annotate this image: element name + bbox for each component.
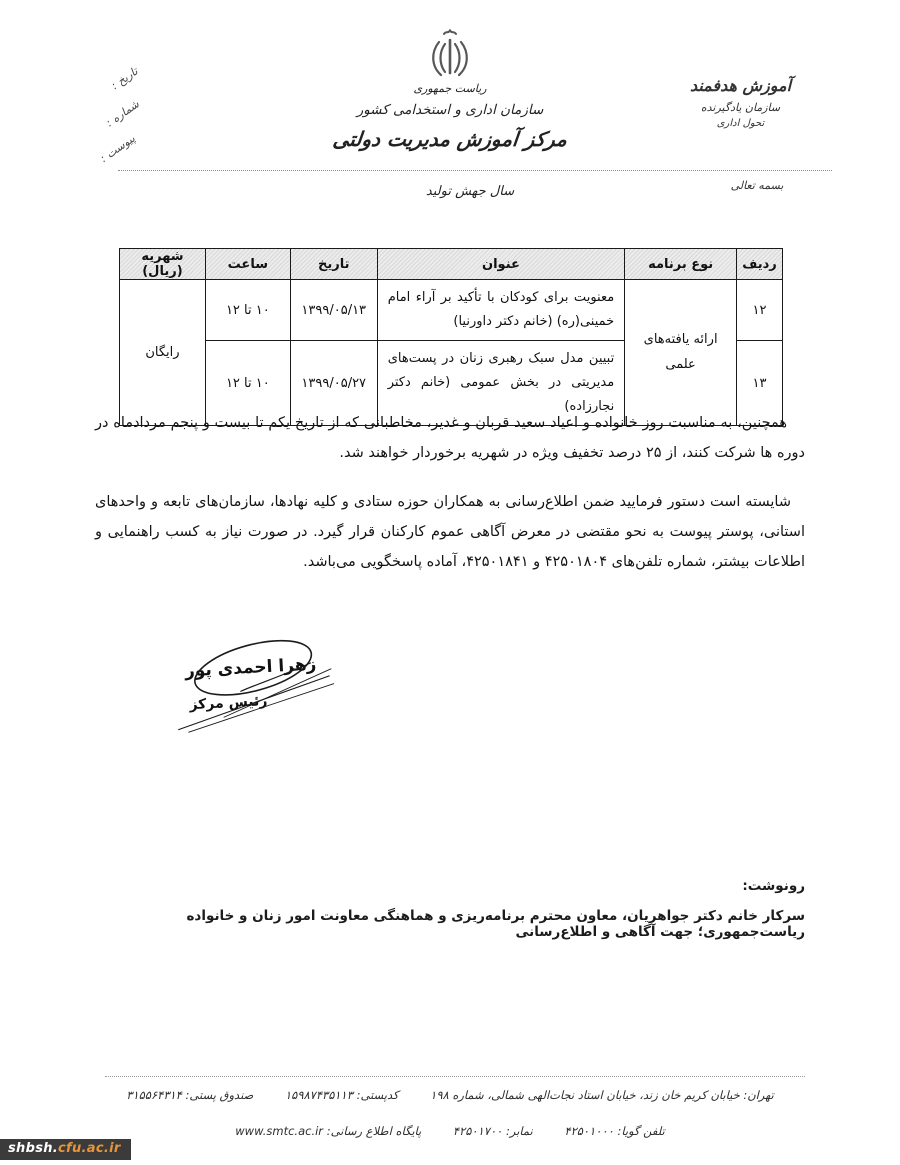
- footer-po-box: صندوق پستی: ۳۱۵۵۶۴۳۱۴: [126, 1088, 253, 1102]
- letter-page: تاریخ : شماره : پیوست : ریاست جمهوری ساز…: [0, 0, 900, 1165]
- cc-recipient-line: سرکار خانم دکتر جواهریان، معاون محترم بر…: [95, 908, 805, 940]
- number-label: شماره :: [104, 98, 142, 130]
- iran-national-emblem-icon: [427, 27, 473, 79]
- signature-stamp: زهرا احمدی پور رئیس مرکز: [160, 631, 340, 738]
- body-paragraph-discount: همچنین، به مناسبت روز خانواده و اعیاد سع…: [95, 408, 805, 468]
- site-watermark: shbsh.cfu.ac.ir: [0, 1139, 131, 1160]
- year-slogan: سال جهش تولید: [380, 184, 560, 199]
- body-paragraph-instructions: شایسته است دستور فرمایید ضمن اطلاع‌رسانی…: [95, 487, 805, 577]
- motto-line1: آموزش هدفمند: [653, 76, 828, 95]
- letterhead-line2: سازمان اداری و استخدامی کشور: [330, 102, 570, 118]
- motto-line3: تحول اداری: [653, 118, 828, 129]
- tuition-cell: رایگان: [120, 280, 206, 426]
- date-label: تاریخ :: [109, 65, 140, 92]
- col-header-time: ساعت: [205, 249, 290, 280]
- footer-divider: [105, 1076, 805, 1077]
- col-header-date: تاریخ: [290, 249, 377, 280]
- footer-fax: نمابر: ۴۲۵۰۱۷۰۰: [453, 1124, 533, 1138]
- col-header-radif: ردیف: [737, 249, 783, 280]
- corner-reference-labels: تاریخ : شماره : پیوست :: [92, 60, 202, 170]
- motto-line2: سازمان یادگیرنده: [653, 101, 828, 114]
- watermark-prefix: shbsh.: [8, 1141, 58, 1156]
- footer-contact-line: تلفن گویا: ۴۲۵۰۱۰۰۰ نمابر: ۴۲۵۰۱۷۰۰ پایگ…: [80, 1124, 820, 1138]
- header-divider: [118, 170, 832, 171]
- col-header-tuition: شهریه (ریال): [120, 249, 206, 280]
- row1-time: ۱۰ تا ۱۲: [205, 280, 290, 341]
- letterhead-center: ریاست جمهوری سازمان اداری و استخدامی کشو…: [330, 82, 570, 151]
- footer-phone: تلفن گویا: ۴۲۵۰۱۰۰۰: [564, 1124, 664, 1138]
- footer-address-line: تهران: خیابان کریم خان زند، خیابان استاد…: [80, 1088, 820, 1102]
- col-header-type: نوع برنامه: [625, 249, 737, 280]
- handwritten-signature-icon: [160, 631, 340, 738]
- attachment-label: پیوست :: [98, 132, 138, 165]
- footer-address: تهران: خیابان کریم خان زند، خیابان استاد…: [430, 1088, 774, 1102]
- cc-heading: رونوشت:: [95, 878, 805, 894]
- row1-title: معنویت برای کودکان با تأکید بر آراء امام…: [377, 280, 625, 341]
- watermark-domain: cfu.ac.ir: [58, 1141, 121, 1156]
- course-schedule-table: ردیف نوع برنامه عنوان تاریخ ساعت شهریه (…: [119, 248, 783, 426]
- footer-postal-code: کدپستی: ۱۵۹۸۷۴۳۵۱۱۳: [285, 1088, 399, 1102]
- footer-website-url: www.smtc.ac.ir: [235, 1124, 323, 1138]
- table-header-row: ردیف نوع برنامه عنوان تاریخ ساعت شهریه (…: [120, 249, 783, 280]
- footer-website: پایگاه اطلاع رسانی: www.smtc.ac.ir: [235, 1124, 421, 1138]
- col-header-title: عنوان: [377, 249, 625, 280]
- row1-radif: ۱۲: [737, 280, 783, 341]
- program-type-cell: ارائه یافته‌های علمی: [625, 280, 737, 426]
- besmele-text: بسمه تعالی: [702, 179, 812, 192]
- letterhead-motto: آموزش هدفمند سازمان یادگیرنده تحول اداری: [653, 76, 828, 129]
- row1-date: ۱۳۹۹/۰۵/۱۳: [290, 280, 377, 341]
- letterhead-org-name: مرکز آموزش مدیریت دولتی: [329, 127, 572, 151]
- footer-website-label: پایگاه اطلاع رسانی:: [327, 1124, 422, 1138]
- table-row: ۱۲ ارائه یافته‌های علمی معنویت برای کودک…: [120, 280, 783, 341]
- letterhead-line1: ریاست جمهوری: [330, 82, 570, 95]
